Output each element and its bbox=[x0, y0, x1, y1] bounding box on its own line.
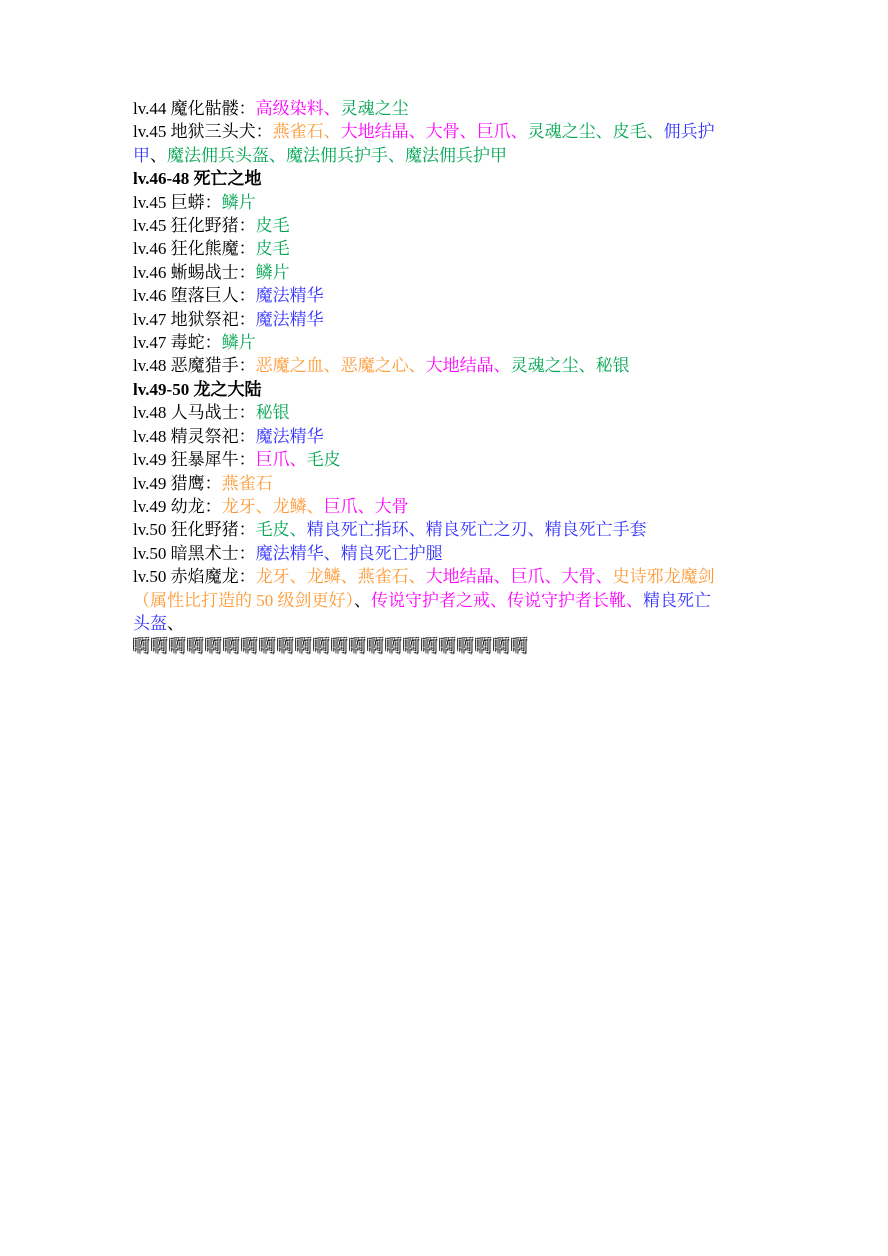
text-run: lv.46 堕落巨人： bbox=[133, 286, 256, 305]
text-run: lv.49 幼龙： bbox=[133, 497, 222, 516]
text-run: lv.46 狂化熊魔： bbox=[133, 239, 256, 258]
text-run: lv.48 精灵祭祀： bbox=[133, 427, 256, 446]
text-run: 传说守护者之戒、 bbox=[371, 591, 507, 610]
text-run: lv.50 暗黑术士： bbox=[133, 544, 256, 563]
paragraph-line: lv.45 狂化野猪：皮毛 bbox=[133, 214, 763, 237]
text-run: lv.48 人马战士： bbox=[133, 403, 256, 422]
text-run: 魔法佣兵头盔、 bbox=[167, 146, 286, 165]
section-heading: lv.46-48 死亡之地 bbox=[133, 167, 763, 190]
text-run: 皮毛 bbox=[256, 216, 290, 235]
text-run: lv.49 狂暴犀牛： bbox=[133, 450, 256, 469]
text-run: 大骨、 bbox=[426, 122, 477, 141]
text-run: 恶魔之心、 bbox=[341, 356, 426, 375]
text-run: 大骨 bbox=[375, 497, 409, 516]
paragraph-line: lv.48 人马战士：秘银 bbox=[133, 401, 763, 424]
text-run: 精良死亡护腿 bbox=[341, 544, 443, 563]
text-run: 龙牙、 bbox=[256, 567, 307, 586]
text-run: 鳞片 bbox=[222, 333, 256, 352]
text-run: 精良死亡之刃、 bbox=[426, 520, 545, 539]
text-run: 佣兵护 bbox=[664, 122, 715, 141]
text-run: 灵魂之尘、 bbox=[528, 122, 613, 141]
text-run: 巨爪、 bbox=[256, 450, 307, 469]
paragraph-line: lv.46 堕落巨人：魔法精华 bbox=[133, 284, 763, 307]
text-run: lv.46 蜥蜴战士： bbox=[133, 263, 256, 282]
text-run: lv.45 狂化野猪： bbox=[133, 216, 256, 235]
text-run: 燕雀石、 bbox=[273, 122, 341, 141]
paragraph-line: lv.50 暗黑术士：魔法精华、精良死亡护腿 bbox=[133, 542, 763, 565]
paragraph-line: lv.44 魔化骷髅：高级染料、灵魂之尘 bbox=[133, 97, 763, 120]
text-run: 鳞片 bbox=[222, 193, 256, 212]
document-page: lv.44 魔化骷髅：高级染料、灵魂之尘lv.45 地狱三头犬：燕雀石、大地结晶… bbox=[0, 0, 888, 1256]
text-run: 秘银 bbox=[256, 403, 290, 422]
text-run: 鳞片 bbox=[256, 263, 290, 282]
text-run: 史诗邪龙魔剑 bbox=[613, 567, 715, 586]
paragraph-line: 啊啊啊啊啊啊啊啊啊啊啊啊啊啊啊啊啊啊啊啊啊啊 bbox=[133, 635, 763, 658]
text-run: lv.50 赤焰魔龙： bbox=[133, 567, 256, 586]
text-run: 魔法精华 bbox=[256, 427, 324, 446]
paragraph-line: lv.47 毒蛇：鳞片 bbox=[133, 331, 763, 354]
text-run: lv.45 巨蟒： bbox=[133, 193, 222, 212]
paragraph-line: lv.49 幼龙：龙牙、龙鳞、巨爪、大骨 bbox=[133, 495, 763, 518]
text-run: 魔法精华、 bbox=[256, 544, 341, 563]
text-run: 、 bbox=[150, 146, 167, 165]
text-run: （属性比打造的 50 级剑更好） bbox=[133, 591, 354, 610]
text-run: 甲 bbox=[133, 146, 150, 165]
text-run: 精良死亡手套 bbox=[545, 520, 647, 539]
paragraph-line: lv.50 赤焰魔龙：龙牙、龙鳞、燕雀石、大地结晶、巨爪、大骨、史诗邪龙魔剑 bbox=[133, 565, 763, 588]
paragraph-line: lv.48 恶魔猎手：恶魔之血、恶魔之心、大地结晶、灵魂之尘、秘银 bbox=[133, 354, 763, 377]
text-run: lv.47 毒蛇： bbox=[133, 333, 222, 352]
text-run: 头盔 bbox=[133, 614, 167, 633]
text-run: 精良死亡 bbox=[643, 591, 711, 610]
paragraph-line: lv.46 狂化熊魔：皮毛 bbox=[133, 237, 763, 260]
text-run: lv.45 地狱三头犬： bbox=[133, 122, 273, 141]
text-run: lv.48 恶魔猎手： bbox=[133, 356, 256, 375]
text-run: lv.46-48 死亡之地 bbox=[133, 169, 261, 188]
paragraph-line: lv.47 地狱祭祀：魔法精华 bbox=[133, 308, 763, 331]
text-run: lv.50 狂化野猪： bbox=[133, 520, 256, 539]
text-run: 魔法佣兵护甲 bbox=[405, 146, 507, 165]
text-run: 毛皮 bbox=[307, 450, 341, 469]
paragraph-line: lv.46 蜥蜴战士：鳞片 bbox=[133, 261, 763, 284]
text-run: 灵魂之尘 bbox=[341, 99, 409, 118]
text-run: 、 bbox=[167, 614, 184, 633]
text-run: 皮毛、 bbox=[613, 122, 664, 141]
text-run: 魔法精华 bbox=[256, 310, 324, 329]
paragraph-line: lv.50 狂化野猪：毛皮、精良死亡指环、精良死亡之刃、精良死亡手套 bbox=[133, 518, 763, 541]
text-run: 秘银 bbox=[596, 356, 630, 375]
text-run: 传说守护者长靴、 bbox=[507, 591, 643, 610]
text-run: 大地结晶、 bbox=[426, 567, 511, 586]
text-run: lv.44 魔化骷髅： bbox=[133, 99, 256, 118]
text-run: 巨爪、 bbox=[324, 497, 375, 516]
paragraph-line: lv.45 巨蟒：鳞片 bbox=[133, 191, 763, 214]
paragraph-line: 甲、魔法佣兵头盔、魔法佣兵护手、魔法佣兵护甲 bbox=[133, 144, 763, 167]
text-run: 毛皮、 bbox=[256, 520, 307, 539]
text-run: 巨爪、 bbox=[477, 122, 528, 141]
text-run: 高级染料、 bbox=[256, 99, 341, 118]
text-run: 灵魂之尘、 bbox=[511, 356, 596, 375]
section-heading: lv.49-50 龙之大陆 bbox=[133, 378, 763, 401]
text-run: 大骨、 bbox=[562, 567, 613, 586]
text-run: lv.49 猎鹰： bbox=[133, 474, 222, 493]
paragraph-line: 头盔、 bbox=[133, 612, 763, 635]
text-run: 精良死亡指环、 bbox=[307, 520, 426, 539]
text-run: 啊啊啊啊啊啊啊啊啊啊啊啊啊啊啊啊啊啊啊啊啊啊 bbox=[133, 638, 529, 655]
text-run: 龙牙、 bbox=[222, 497, 273, 516]
text-run: lv.47 地狱祭祀： bbox=[133, 310, 256, 329]
text-run: lv.49-50 龙之大陆 bbox=[133, 380, 261, 399]
text-run: 巨爪、 bbox=[511, 567, 562, 586]
text-run: 燕雀石 bbox=[222, 474, 273, 493]
paragraph-line: （属性比打造的 50 级剑更好）、传说守护者之戒、传说守护者长靴、精良死亡 bbox=[133, 589, 763, 612]
paragraph-line: lv.49 猎鹰：燕雀石 bbox=[133, 472, 763, 495]
text-run: 、 bbox=[354, 591, 371, 610]
text-run: 恶魔之血、 bbox=[256, 356, 341, 375]
text-run: 燕雀石、 bbox=[358, 567, 426, 586]
text-run: 皮毛 bbox=[256, 239, 290, 258]
text-run: 龙鳞、 bbox=[307, 567, 358, 586]
paragraph-line: lv.48 精灵祭祀：魔法精华 bbox=[133, 425, 763, 448]
text-run: 大地结晶、 bbox=[341, 122, 426, 141]
text-run: 魔法佣兵护手、 bbox=[286, 146, 405, 165]
text-run: 大地结晶、 bbox=[426, 356, 511, 375]
text-run: 龙鳞、 bbox=[273, 497, 324, 516]
paragraph-line: lv.45 地狱三头犬：燕雀石、大地结晶、大骨、巨爪、灵魂之尘、皮毛、佣兵护 bbox=[133, 120, 763, 143]
text-run: 魔法精华 bbox=[256, 286, 324, 305]
document-body: lv.44 魔化骷髅：高级染料、灵魂之尘lv.45 地狱三头犬：燕雀石、大地结晶… bbox=[133, 97, 763, 659]
paragraph-line: lv.49 狂暴犀牛：巨爪、毛皮 bbox=[133, 448, 763, 471]
